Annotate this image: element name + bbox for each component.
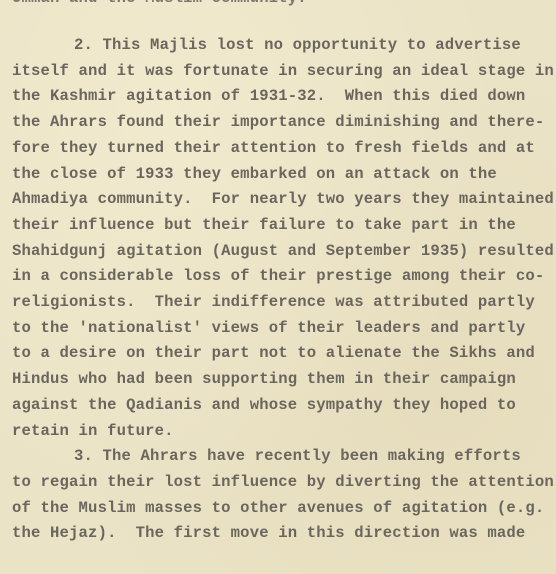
paragraph-2-line-12: to the 'nationalist' views of their lead… (12, 319, 525, 337)
paragraph-2-line-7: Ahmadiya community. For nearly two years… (12, 190, 554, 208)
paragraph-2-line-1: 2. This Majlis lost no opportunity to ad… (74, 36, 521, 54)
paragraph-3-line-4: the Hejaz). The first move in this direc… (12, 524, 525, 542)
paragraph-3-line-2: to regain their lost influence by divert… (12, 473, 554, 491)
paragraph-2-line-6: the close of 1933 they embarked on an at… (12, 165, 497, 183)
paragraph-2-line-10: in a considerable loss of their prestige… (12, 267, 544, 285)
paragraph-2-line-3: the Kashmir agitation of 1931-32. When t… (12, 87, 525, 105)
paragraph-2-line-14: Hindus who had been supporting them in t… (12, 370, 516, 388)
paragraph-2-line-13: to a desire on their part not to alienat… (12, 344, 535, 362)
paragraph-2-line-11: religionists. Their indifference was att… (12, 293, 535, 311)
paragraph-2-line-9: Shahidgunj agitation (August and Septemb… (12, 242, 554, 260)
typewritten-document-page: Ummah and the Muslim community. 2. This … (0, 0, 556, 574)
paragraph-2-line-15: against the Qadianis and whose sympathy … (12, 396, 516, 414)
paragraph-2-line-16: retain in future. (12, 422, 174, 440)
paragraph-2-line-8: their influence but their failure to tak… (12, 216, 516, 234)
paragraph-2-line-5: fore they turned their attention to fres… (12, 139, 535, 157)
paragraph-2-line-2: itself and it was fortunate in securing … (12, 62, 554, 80)
paragraph-3-line-1: 3. The Ahrars have recently been making … (74, 447, 521, 465)
paragraph-2-line-4: the Ahrars found their importance dimini… (12, 113, 544, 131)
paragraph-3-line-3: of the Muslim masses to other avenues of… (12, 499, 544, 517)
partial-top-line: Ummah and the Muslim community. (12, 0, 307, 7)
